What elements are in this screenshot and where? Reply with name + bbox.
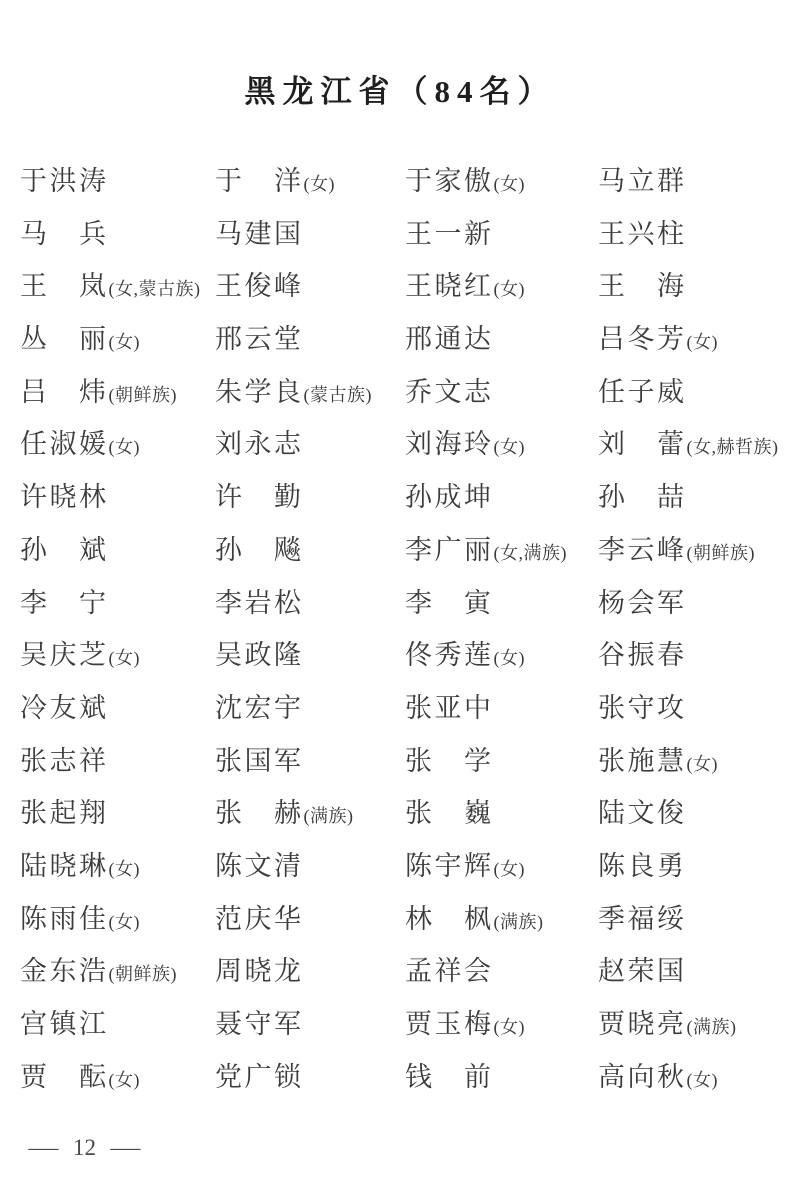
name-cell: 任子威	[598, 366, 792, 419]
person-name: 任淑媛	[20, 429, 109, 459]
name-cell: 沈宏宇	[215, 682, 405, 735]
gender-ethnicity-note: (女,赫哲族)	[687, 437, 779, 457]
gender-ethnicity-note: (女)	[304, 174, 336, 194]
gender-ethnicity-note: (女)	[109, 859, 141, 879]
name-cell: 陈良勇	[598, 840, 792, 893]
name-cell: 王 海	[598, 260, 792, 313]
person-name: 朱学良	[215, 377, 304, 407]
name-list: 于洪涛于 洋(女)于家傲(女)马立群马 兵马建国王一新王兴柱王 岚(女,蒙古族)…	[20, 155, 792, 1103]
person-name: 吕冬芳	[598, 324, 687, 354]
name-cell: 王 岚(女,蒙古族)	[20, 260, 215, 313]
person-name: 范庆华	[215, 904, 304, 934]
gender-ethnicity-note: (女)	[687, 1070, 719, 1090]
name-cell: 陈宇辉(女)	[405, 840, 598, 893]
gender-ethnicity-note: (女)	[109, 332, 141, 352]
name-cell: 丛 丽(女)	[20, 313, 215, 366]
person-name: 邢云堂	[215, 324, 304, 354]
person-name: 张 赫	[215, 798, 304, 828]
name-cell: 孙 斌	[20, 524, 215, 577]
name-cell: 钱 前	[405, 1051, 598, 1104]
name-cell: 佟秀莲(女)	[405, 629, 598, 682]
person-name: 王晓红	[405, 271, 494, 301]
person-name: 张 学	[405, 746, 494, 776]
person-name: 吴政隆	[215, 640, 304, 670]
name-cell: 许 勤	[215, 471, 405, 524]
name-cell: 王晓红(女)	[405, 260, 598, 313]
person-name: 邢通达	[405, 324, 494, 354]
gender-ethnicity-note: (女)	[109, 1070, 141, 1090]
name-cell: 陈雨佳(女)	[20, 893, 215, 946]
person-name: 孙 斌	[20, 535, 109, 565]
name-cell: 李岩松	[215, 577, 405, 630]
footer-left-dash: —	[29, 1135, 59, 1161]
name-cell: 邢通达	[405, 313, 598, 366]
name-cell: 宫镇江	[20, 998, 215, 1051]
person-name: 陈雨佳	[20, 904, 109, 934]
person-name: 陈良勇	[598, 851, 687, 881]
person-name: 金东浩	[20, 956, 109, 986]
name-cell: 陆晓琳(女)	[20, 840, 215, 893]
person-name: 刘 蕾	[598, 429, 687, 459]
page-title: 黑龙江省（84名）	[0, 0, 800, 111]
person-name: 贾玉梅	[405, 1009, 494, 1039]
name-cell: 于家傲(女)	[405, 155, 598, 208]
name-cell: 乔文志	[405, 366, 598, 419]
name-cell: 陈文清	[215, 840, 405, 893]
person-name: 于家傲	[405, 166, 494, 196]
name-cell: 冷友斌	[20, 682, 215, 735]
name-cell: 贾 酝(女)	[20, 1051, 215, 1104]
gender-ethnicity-note: (蒙古族)	[304, 385, 373, 405]
person-name: 马立群	[598, 166, 687, 196]
name-cell: 张 巍	[405, 787, 598, 840]
name-cell: 马建国	[215, 208, 405, 261]
person-name: 沈宏宇	[215, 693, 304, 723]
gender-ethnicity-note: (女)	[109, 437, 141, 457]
name-cell: 张 学	[405, 735, 598, 788]
name-cell: 吕冬芳(女)	[598, 313, 792, 366]
gender-ethnicity-note: (女)	[687, 332, 719, 352]
person-name: 宫镇江	[20, 1009, 109, 1039]
person-name: 吴庆芝	[20, 640, 109, 670]
name-cell: 谷振春	[598, 629, 792, 682]
name-cell: 张亚中	[405, 682, 598, 735]
gender-ethnicity-note: (女)	[494, 648, 526, 668]
name-cell: 聂守军	[215, 998, 405, 1051]
person-name: 吕 炜	[20, 377, 109, 407]
name-cell: 于洪涛	[20, 155, 215, 208]
name-cell: 张守攻	[598, 682, 792, 735]
name-cell: 任淑媛(女)	[20, 418, 215, 471]
person-name: 陈文清	[215, 851, 304, 881]
person-name: 刘海玲	[405, 429, 494, 459]
person-name: 李 寅	[405, 588, 494, 618]
name-cell: 季福绥	[598, 893, 792, 946]
person-name: 孙 喆	[598, 482, 687, 512]
gender-ethnicity-note: (女)	[109, 648, 141, 668]
person-name: 于洪涛	[20, 166, 109, 196]
name-cell: 林 枫(满族)	[405, 893, 598, 946]
name-cell: 张起翔	[20, 787, 215, 840]
name-cell: 李云峰(朝鲜族)	[598, 524, 792, 577]
person-name: 林 枫	[405, 904, 494, 934]
gender-ethnicity-note: (女)	[494, 1017, 526, 1037]
person-name: 张亚中	[405, 693, 494, 723]
person-name: 孙 飚	[215, 535, 304, 565]
name-cell: 陆文俊	[598, 787, 792, 840]
person-name: 王 海	[598, 271, 687, 301]
name-cell: 吴庆芝(女)	[20, 629, 215, 682]
name-cell: 马 兵	[20, 208, 215, 261]
name-cell: 张 赫(满族)	[215, 787, 405, 840]
name-cell: 赵荣国	[598, 945, 792, 998]
name-cell: 张国军	[215, 735, 405, 788]
person-name: 马 兵	[20, 219, 109, 249]
person-name: 季福绥	[598, 904, 687, 934]
gender-ethnicity-note: (朝鲜族)	[687, 543, 756, 563]
person-name: 许 勤	[215, 482, 304, 512]
person-name: 赵荣国	[598, 956, 687, 986]
name-cell: 李广丽(女,满族)	[405, 524, 598, 577]
person-name: 周晓龙	[215, 956, 304, 986]
person-name: 王一新	[405, 219, 494, 249]
person-name: 王 岚	[20, 271, 109, 301]
person-name: 李云峰	[598, 535, 687, 565]
name-cell: 于 洋(女)	[215, 155, 405, 208]
gender-ethnicity-note: (朝鲜族)	[109, 964, 178, 984]
name-cell: 王一新	[405, 208, 598, 261]
person-name: 冷友斌	[20, 693, 109, 723]
person-name: 张施慧	[598, 746, 687, 776]
person-name: 孙成坤	[405, 482, 494, 512]
footer-right-dash: —	[111, 1135, 141, 1161]
name-cell: 周晓龙	[215, 945, 405, 998]
person-name: 党广锁	[215, 1062, 304, 1092]
person-name: 孟祥会	[405, 956, 494, 986]
gender-ethnicity-note: (满族)	[687, 1017, 737, 1037]
gender-ethnicity-note: (满族)	[304, 806, 354, 826]
name-cell: 刘 蕾(女,赫哲族)	[598, 418, 792, 471]
page-footer: — 12 —	[32, 1135, 137, 1161]
name-cell: 朱学良(蒙古族)	[215, 366, 405, 419]
person-name: 张国军	[215, 746, 304, 776]
person-name: 陆晓琳	[20, 851, 109, 881]
person-name: 乔文志	[405, 377, 494, 407]
name-cell: 贾晓亮(满族)	[598, 998, 792, 1051]
person-name: 刘永志	[215, 429, 304, 459]
gender-ethnicity-note: (女)	[494, 437, 526, 457]
name-cell: 金东浩(朝鲜族)	[20, 945, 215, 998]
name-cell: 刘永志	[215, 418, 405, 471]
person-name: 贾晓亮	[598, 1009, 687, 1039]
person-name: 李 宁	[20, 588, 109, 618]
gender-ethnicity-note: (女)	[494, 859, 526, 879]
name-cell: 邢云堂	[215, 313, 405, 366]
person-name: 马建国	[215, 219, 304, 249]
gender-ethnicity-note: (女,满族)	[494, 543, 568, 563]
person-name: 张起翔	[20, 798, 109, 828]
person-name: 贾 酝	[20, 1062, 109, 1092]
name-cell: 孙 喆	[598, 471, 792, 524]
page-number: 12	[73, 1135, 96, 1161]
person-name: 聂守军	[215, 1009, 304, 1039]
name-cell: 范庆华	[215, 893, 405, 946]
name-cell: 孙 飚	[215, 524, 405, 577]
name-cell: 高向秋(女)	[598, 1051, 792, 1104]
name-cell: 孙成坤	[405, 471, 598, 524]
name-cell: 张施慧(女)	[598, 735, 792, 788]
name-cell: 王俊峰	[215, 260, 405, 313]
person-name: 谷振春	[598, 640, 687, 670]
name-cell: 王兴柱	[598, 208, 792, 261]
person-name: 陆文俊	[598, 798, 687, 828]
person-name: 杨会军	[598, 588, 687, 618]
name-cell: 贾玉梅(女)	[405, 998, 598, 1051]
person-name: 张守攻	[598, 693, 687, 723]
person-name: 于 洋	[215, 166, 304, 196]
gender-ethnicity-note: (朝鲜族)	[109, 385, 178, 405]
name-cell: 马立群	[598, 155, 792, 208]
person-name: 张志祥	[20, 746, 109, 776]
name-cell: 李 宁	[20, 577, 215, 630]
person-name: 任子威	[598, 377, 687, 407]
name-cell: 吴政隆	[215, 629, 405, 682]
person-name: 张 巍	[405, 798, 494, 828]
gender-ethnicity-note: (女)	[109, 912, 141, 932]
person-name: 高向秋	[598, 1062, 687, 1092]
person-name: 许晓林	[20, 482, 109, 512]
name-cell: 李 寅	[405, 577, 598, 630]
name-cell: 吕 炜(朝鲜族)	[20, 366, 215, 419]
person-name: 陈宇辉	[405, 851, 494, 881]
gender-ethnicity-note: (女)	[494, 174, 526, 194]
name-cell: 党广锁	[215, 1051, 405, 1104]
person-name: 王兴柱	[598, 219, 687, 249]
person-name: 王俊峰	[215, 271, 304, 301]
gender-ethnicity-note: (女,蒙古族)	[109, 279, 201, 299]
name-cell: 张志祥	[20, 735, 215, 788]
person-name: 钱 前	[405, 1062, 494, 1092]
person-name: 李岩松	[215, 588, 304, 618]
person-name: 佟秀莲	[405, 640, 494, 670]
name-cell: 许晓林	[20, 471, 215, 524]
gender-ethnicity-note: (满族)	[494, 912, 544, 932]
gender-ethnicity-note: (女)	[494, 279, 526, 299]
name-cell: 杨会军	[598, 577, 792, 630]
name-cell: 刘海玲(女)	[405, 418, 598, 471]
gender-ethnicity-note: (女)	[687, 754, 719, 774]
person-name: 丛 丽	[20, 324, 109, 354]
name-cell: 孟祥会	[405, 945, 598, 998]
person-name: 李广丽	[405, 535, 494, 565]
